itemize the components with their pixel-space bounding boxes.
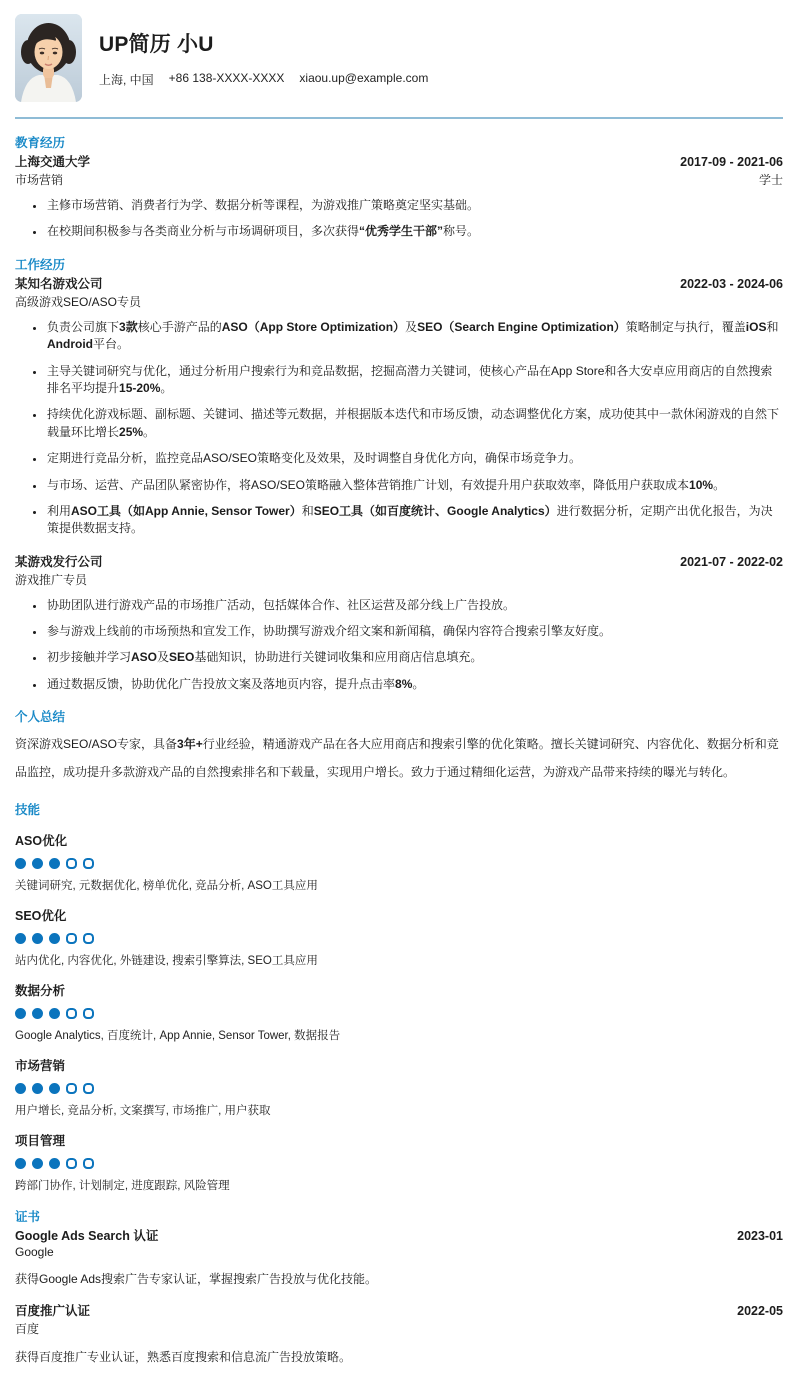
skill-item: 市场营销 用户增长, 竞品分析, 文案撰写, 市场推广, 用户获取	[15, 1056, 783, 1118]
bullet-item: 协助团队进行游戏产品的市场推广活动，包括媒体合作、社区运营及部分线上广告投放。	[45, 597, 783, 614]
skill-dot-filled	[32, 933, 43, 944]
skill-dot-empty	[66, 1008, 77, 1019]
skill-name: SEO优化	[15, 906, 783, 924]
education-title: 教育经历	[15, 133, 783, 151]
bullet-item: 参与游戏上线前的市场预热和宣发工作，协助撰写游戏介绍文案和新闻稿，确保内容符合搜…	[45, 623, 783, 640]
education-bullets: 主修市场营销、消费者行为学、数据分析等课程，为游戏推广策略奠定坚实基础。 在校期…	[15, 197, 783, 241]
bullet-item: 主修市场营销、消费者行为学、数据分析等课程，为游戏推广策略奠定坚实基础。	[45, 197, 783, 214]
skill-item: ASO优化 关键词研究, 元数据优化, 榜单优化, 竞品分析, ASO工具应用	[15, 831, 783, 893]
bullet-item: 利用ASO工具（如App Annie, Sensor Tower）和SEO工具（…	[45, 503, 783, 538]
work-entry-sub: 游戏推广专员	[15, 571, 783, 588]
section-certificates: 证书 Google Ads Search 认证 2023-01 Google 获…	[15, 1207, 783, 1365]
skill-dot-filled	[49, 1158, 60, 1169]
school-name: 上海交通大学	[15, 152, 90, 170]
cert-issuer-name: 百度	[15, 1320, 39, 1337]
skill-name: ASO优化	[15, 831, 783, 849]
skill-dot-filled	[32, 1083, 43, 1094]
bullet-item: 主导关键词研究与优化，通过分析用户搜索行为和竞品数据，挖掘高潜力关键词，使核心产…	[45, 363, 783, 398]
skill-dot-empty	[83, 1083, 94, 1094]
cert-entry-head: 百度推广认证 2022-05	[15, 1301, 783, 1319]
bullet-item: 负责公司旗下3款核心手游产品的ASO（App Store Optimizatio…	[45, 319, 783, 354]
major: 市场营销	[15, 171, 63, 188]
summary-text: 资深游戏SEO/ASO专家，具备3年+行业经验，精通游戏产品在各大应用商店和搜索…	[15, 731, 783, 786]
skill-item: 数据分析 Google Analytics, 百度统计, App Annie, …	[15, 981, 783, 1043]
education-entry-head: 上海交通大学 2017-09 - 2021-06	[15, 152, 783, 170]
header-divider	[15, 117, 783, 119]
bullet-item: 通过数据反馈，协助优化广告投放文案及落地页内容，提升点击率8%。	[45, 676, 783, 693]
education-entry: 上海交通大学 2017-09 - 2021-06 市场营销 学士 主修市场营销、…	[15, 152, 783, 241]
degree: 学士	[759, 171, 783, 188]
skill-keywords: 站内优化, 内容优化, 外链建设, 搜索引擎算法, SEO工具应用	[15, 952, 783, 968]
skill-keywords: Google Analytics, 百度统计, App Annie, Senso…	[15, 1027, 783, 1043]
skill-dot-filled	[49, 858, 60, 869]
cert-description: 获得百度推广专业认证，熟悉百度搜索和信息流广告投放策略。	[15, 1348, 783, 1365]
bullet-item: 定期进行竞品分析，监控竞品ASO/SEO策略变化及效果，及时调整自身优化方向，确…	[45, 450, 783, 467]
skill-dot-empty	[83, 1008, 94, 1019]
skill-level-dots	[15, 933, 783, 944]
profile-photo	[15, 14, 82, 102]
work-title: 工作经历	[15, 255, 783, 273]
resume-header: UP简历 小U 上海, 中国 +86 138-XXXX-XXXX xiaou.u…	[15, 14, 783, 102]
section-work: 工作经历 某知名游戏公司 2022-03 - 2024-06 高级游戏SEO/A…	[15, 255, 783, 693]
job-role: 高级游戏SEO/ASO专员	[15, 293, 141, 310]
skill-dot-filled	[15, 933, 26, 944]
cert-entry: Google Ads Search 认证 2023-01 Google 获得Go…	[15, 1226, 783, 1287]
contact-line: 上海, 中国 +86 138-XXXX-XXXX xiaou.up@exampl…	[99, 71, 428, 88]
cert-date: 2022-05	[737, 1304, 783, 1318]
company-name: 某知名游戏公司	[15, 274, 103, 292]
summary-title: 个人总结	[15, 707, 783, 725]
cert-entry: 百度推广认证 2022-05 百度 获得百度推广专业认证，熟悉百度搜索和信息流广…	[15, 1301, 783, 1365]
skill-name: 数据分析	[15, 981, 783, 999]
contact-email: xiaou.up@example.com	[299, 71, 428, 88]
skill-dot-filled	[32, 858, 43, 869]
skill-dot-filled	[15, 1158, 26, 1169]
education-entry-sub: 市场营销 学士	[15, 171, 783, 188]
work-bullets: 负责公司旗下3款核心手游产品的ASO（App Store Optimizatio…	[15, 319, 783, 538]
skill-dot-empty	[66, 1158, 77, 1169]
cert-name: 百度推广认证	[15, 1301, 90, 1319]
contact-phone: +86 138-XXXX-XXXX	[169, 71, 285, 88]
work-entry-sub: 高级游戏SEO/ASO专员	[15, 293, 783, 310]
skill-dot-empty	[83, 1158, 94, 1169]
cert-issuer-name: Google	[15, 1245, 54, 1259]
skill-name: 项目管理	[15, 1131, 783, 1149]
bullet-item: 与市场、运营、产品团队紧密协作，将ASO/SEO策略融入整体营销推广计划，有效提…	[45, 477, 783, 494]
work-entry: 某知名游戏公司 2022-03 - 2024-06 高级游戏SEO/ASO专员 …	[15, 274, 783, 538]
skill-item: SEO优化 站内优化, 内容优化, 外链建设, 搜索引擎算法, SEO工具应用	[15, 906, 783, 968]
cert-description: 获得Google Ads搜索广告专家认证，掌握搜索广告投放与优化技能。	[15, 1270, 783, 1287]
skill-dot-filled	[32, 1008, 43, 1019]
bullet-item: 在校期间积极参与各类商业分析与市场调研项目，多次获得“优秀学生干部”称号。	[45, 223, 783, 240]
work-date: 2022-03 - 2024-06	[680, 277, 783, 291]
section-education: 教育经历 上海交通大学 2017-09 - 2021-06 市场营销 学士 主修…	[15, 133, 783, 241]
contact-location: 上海, 中国	[99, 71, 154, 88]
cert-date: 2023-01	[737, 1229, 783, 1243]
job-role: 游戏推广专员	[15, 571, 87, 588]
skill-item: 项目管理 跨部门协作, 计划制定, 进度跟踪, 风险管理	[15, 1131, 783, 1193]
skill-keywords: 跨部门协作, 计划制定, 进度跟踪, 风险管理	[15, 1177, 783, 1193]
skill-dot-filled	[15, 858, 26, 869]
skill-dot-empty	[83, 858, 94, 869]
skill-name: 市场营销	[15, 1056, 783, 1074]
section-summary: 个人总结 资深游戏SEO/ASO专家，具备3年+行业经验，精通游戏产品在各大应用…	[15, 707, 783, 786]
skill-keywords: 用户增长, 竞品分析, 文案撰写, 市场推广, 用户获取	[15, 1102, 783, 1118]
work-entry-head: 某游戏发行公司 2021-07 - 2022-02	[15, 552, 783, 570]
skill-level-dots	[15, 858, 783, 869]
certs-title: 证书	[15, 1207, 783, 1225]
header-text: UP简历 小U 上海, 中国 +86 138-XXXX-XXXX xiaou.u…	[99, 14, 428, 88]
skill-keywords: 关键词研究, 元数据优化, 榜单优化, 竞品分析, ASO工具应用	[15, 877, 783, 893]
section-skills: 技能 ASO优化 关键词研究, 元数据优化, 榜单优化, 竞品分析, ASO工具…	[15, 800, 783, 1193]
skill-dot-filled	[49, 1083, 60, 1094]
work-entry: 某游戏发行公司 2021-07 - 2022-02 游戏推广专员 协助团队进行游…	[15, 552, 783, 694]
profile-photo-illustration	[15, 14, 82, 102]
skill-dot-filled	[32, 1158, 43, 1169]
skill-dot-filled	[49, 1008, 60, 1019]
skill-level-dots	[15, 1008, 783, 1019]
skill-level-dots	[15, 1158, 783, 1169]
education-date: 2017-09 - 2021-06	[680, 155, 783, 169]
skill-dot-empty	[66, 933, 77, 944]
company-name: 某游戏发行公司	[15, 552, 103, 570]
skill-dot-empty	[83, 933, 94, 944]
work-date: 2021-07 - 2022-02	[680, 555, 783, 569]
skill-level-dots	[15, 1083, 783, 1094]
bullet-item: 持续优化游戏标题、副标题、关键词、描述等元数据，并根据版本迭代和市场反馈，动态调…	[45, 406, 783, 441]
skill-dot-empty	[66, 1083, 77, 1094]
resume-page: UP简历 小U 上海, 中国 +86 138-XXXX-XXXX xiaou.u…	[0, 0, 799, 1399]
skills-title: 技能	[15, 800, 783, 818]
cert-issuer: 百度	[15, 1320, 783, 1337]
skill-dot-filled	[15, 1008, 26, 1019]
cert-issuer: Google	[15, 1245, 783, 1259]
work-entry-head: 某知名游戏公司 2022-03 - 2024-06	[15, 274, 783, 292]
skill-dot-filled	[15, 1083, 26, 1094]
cert-entry-head: Google Ads Search 认证 2023-01	[15, 1226, 783, 1244]
bullet-item: 初步接触并学习ASO及SEO基础知识，协助进行关键词收集和应用商店信息填充。	[45, 649, 783, 666]
work-bullets: 协助团队进行游戏产品的市场推广活动，包括媒体合作、社区运营及部分线上广告投放。 …	[15, 597, 783, 694]
skill-dot-filled	[49, 933, 60, 944]
candidate-name: UP简历 小U	[99, 28, 428, 58]
skill-dot-empty	[66, 858, 77, 869]
cert-name: Google Ads Search 认证	[15, 1226, 158, 1244]
